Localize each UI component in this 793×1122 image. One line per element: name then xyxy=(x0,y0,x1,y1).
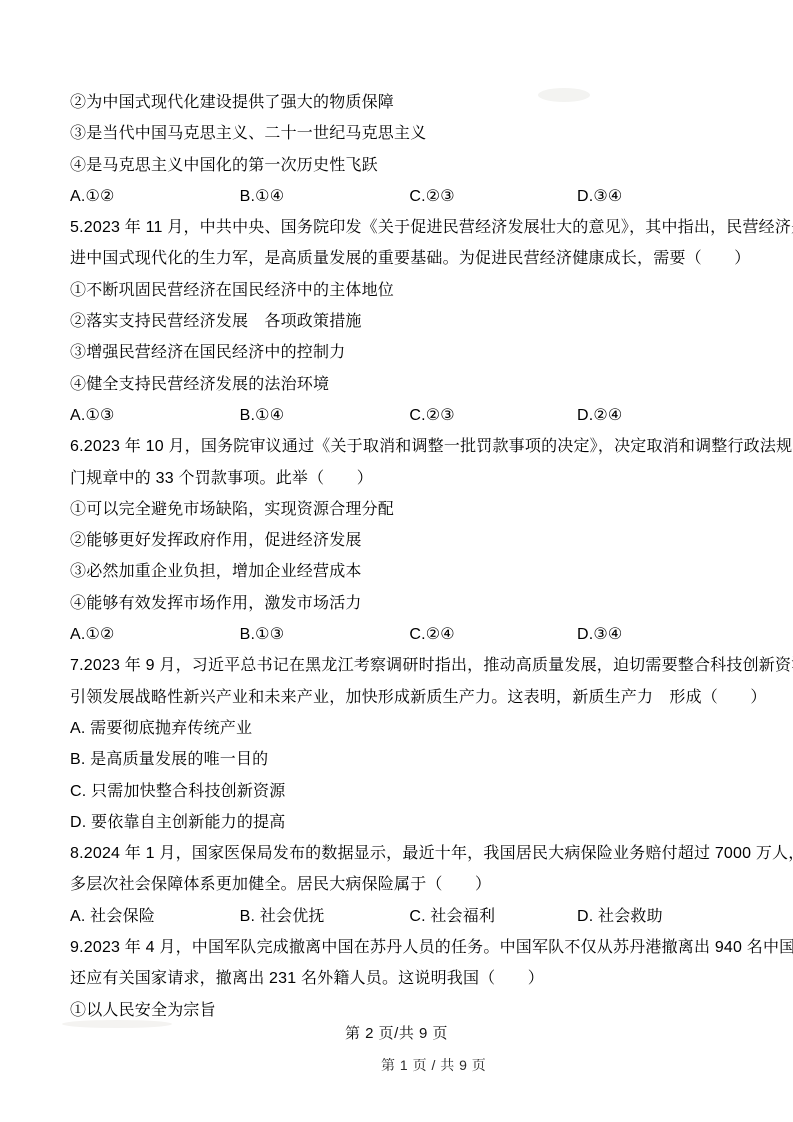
question-8-stem-line-1: 8.2024 年 1 月，国家医保局发布的数据显示，最近十年，我国居民大病保险业… xyxy=(70,838,728,869)
question-8-stem-line-2: 多层次社会保障体系更加健全。居民大病保险属于（ ） xyxy=(70,869,728,900)
question-4-options-row: A.①② B.①④ C.②③ D.③④ xyxy=(70,181,728,212)
question-4-option-b: B.①④ xyxy=(240,181,405,212)
question-4-option-a: A.①② xyxy=(70,181,235,212)
exam-content: ②为中国式现代化建设提供了强大的物质保障 ③是当代中国马克思主义、二十一世纪马克… xyxy=(70,87,728,1026)
question-7-option-b: B. 是高质量发展的唯一目的 xyxy=(70,744,728,775)
question-5-statement-1: ①不断巩固民营经济在国民经济中的主体地位 xyxy=(70,275,728,306)
exam-paper-page: ②为中国式现代化建设提供了强大的物质保障 ③是当代中国马克思主义、二十一世纪马克… xyxy=(0,0,793,1122)
question-6-options-row: A.①② B.①③ C.②④ D.③④ xyxy=(70,619,728,650)
question-4-option-c: C.②③ xyxy=(409,181,572,212)
question-7-option-a: A. 需要彻底抛弃传统产业 xyxy=(70,713,728,744)
question-6-option-c: C.②④ xyxy=(409,619,572,650)
question-9-stem-line-2: 还应有关国家请求，撤离出 231 名外籍人员。这说明我国（ ） xyxy=(70,963,728,994)
question-6-stem-line-1: 6.2023 年 10 月，国务院审议通过《关于取消和调整一批罚款事项的决定》，… xyxy=(70,431,728,462)
question-6-statement-2: ②能够更好发挥政府作用，促进经济发展 xyxy=(70,525,728,556)
document-page-indicator: 第 2 页/共 9 页 xyxy=(0,1024,793,1044)
question-4-statement-4: ④是马克思主义中国化的第一次历史性飞跃 xyxy=(70,150,728,181)
question-4-statement-3: ③是当代中国马克思主义、二十一世纪马克思主义 xyxy=(70,118,728,149)
question-6-option-b: B.①③ xyxy=(240,619,405,650)
question-6-statement-1: ①可以完全避免市场缺陷，实现资源合理分配 xyxy=(70,494,728,525)
question-9-stem-line-1: 9.2023 年 4 月，中国军队完成撤离中国在苏丹人员的任务。中国军队不仅从苏… xyxy=(70,932,728,963)
question-7-option-c: C. 只需加快整合科技创新资源 xyxy=(70,776,728,807)
question-8-options-row: A. 社会保险 B. 社会优抚 C. 社会福利 D. 社会救助 xyxy=(70,901,728,932)
question-5-stem-line-1: 5.2023 年 11 月，中共中央、国务院印发《关于促进民营经济发展壮大的意见… xyxy=(70,212,728,243)
question-7-stem-line-2: 引领发展战略性新兴产业和未来产业，加快形成新质生产力。这表明，新质生产力 形成（… xyxy=(70,682,728,713)
question-5-option-c: C.②③ xyxy=(409,400,572,431)
question-5-option-b: B.①④ xyxy=(240,400,405,431)
question-7-option-d: D. 要依靠自主创新能力的提高 xyxy=(70,807,728,838)
question-6-option-d: D.③④ xyxy=(577,619,623,650)
question-7-stem-line-1: 7.2023 年 9 月，习近平总书记在黑龙江考察调研时指出，推动高质量发展，迫… xyxy=(70,650,728,681)
question-6-option-a: A.①② xyxy=(70,619,235,650)
question-9-statement-1: ①以人民安全为宗旨 xyxy=(70,995,728,1026)
question-6-stem-line-2: 门规章中的 33 个罚款事项。此举（ ） xyxy=(70,463,728,494)
question-4-statement-2: ②为中国式现代化建设提供了强大的物质保障 xyxy=(70,87,728,118)
question-4-option-d: D.③④ xyxy=(577,181,623,212)
question-5-statement-2: ②落实支持民营经济发展 各项政策措施 xyxy=(70,306,728,337)
question-8-option-d: D. 社会救助 xyxy=(577,901,663,932)
question-8-option-a: A. 社会保险 xyxy=(70,901,235,932)
question-5-option-d: D.②④ xyxy=(577,400,623,431)
viewer-page-indicator: 第 1 页 / 共 9 页 xyxy=(381,1056,486,1075)
question-5-options-row: A.①③ B.①④ C.②③ D.②④ xyxy=(70,400,728,431)
question-5-option-a: A.①③ xyxy=(70,400,235,431)
question-5-statement-4: ④健全支持民营经济发展的法治环境 xyxy=(70,369,728,400)
question-6-statement-4: ④能够有效发挥市场作用，激发市场活力 xyxy=(70,588,728,619)
question-8-option-c: C. 社会福利 xyxy=(409,901,572,932)
question-5-stem-line-2: 进中国式现代化的生力军，是高质量发展的重要基础。为促进民营经济健康成长，需要（ … xyxy=(70,243,728,274)
question-6-statement-3: ③必然加重企业负担，增加企业经营成本 xyxy=(70,556,728,587)
question-8-option-b: B. 社会优抚 xyxy=(240,901,405,932)
question-5-statement-3: ③增强民营经济在国民经济中的控制力 xyxy=(70,337,728,368)
